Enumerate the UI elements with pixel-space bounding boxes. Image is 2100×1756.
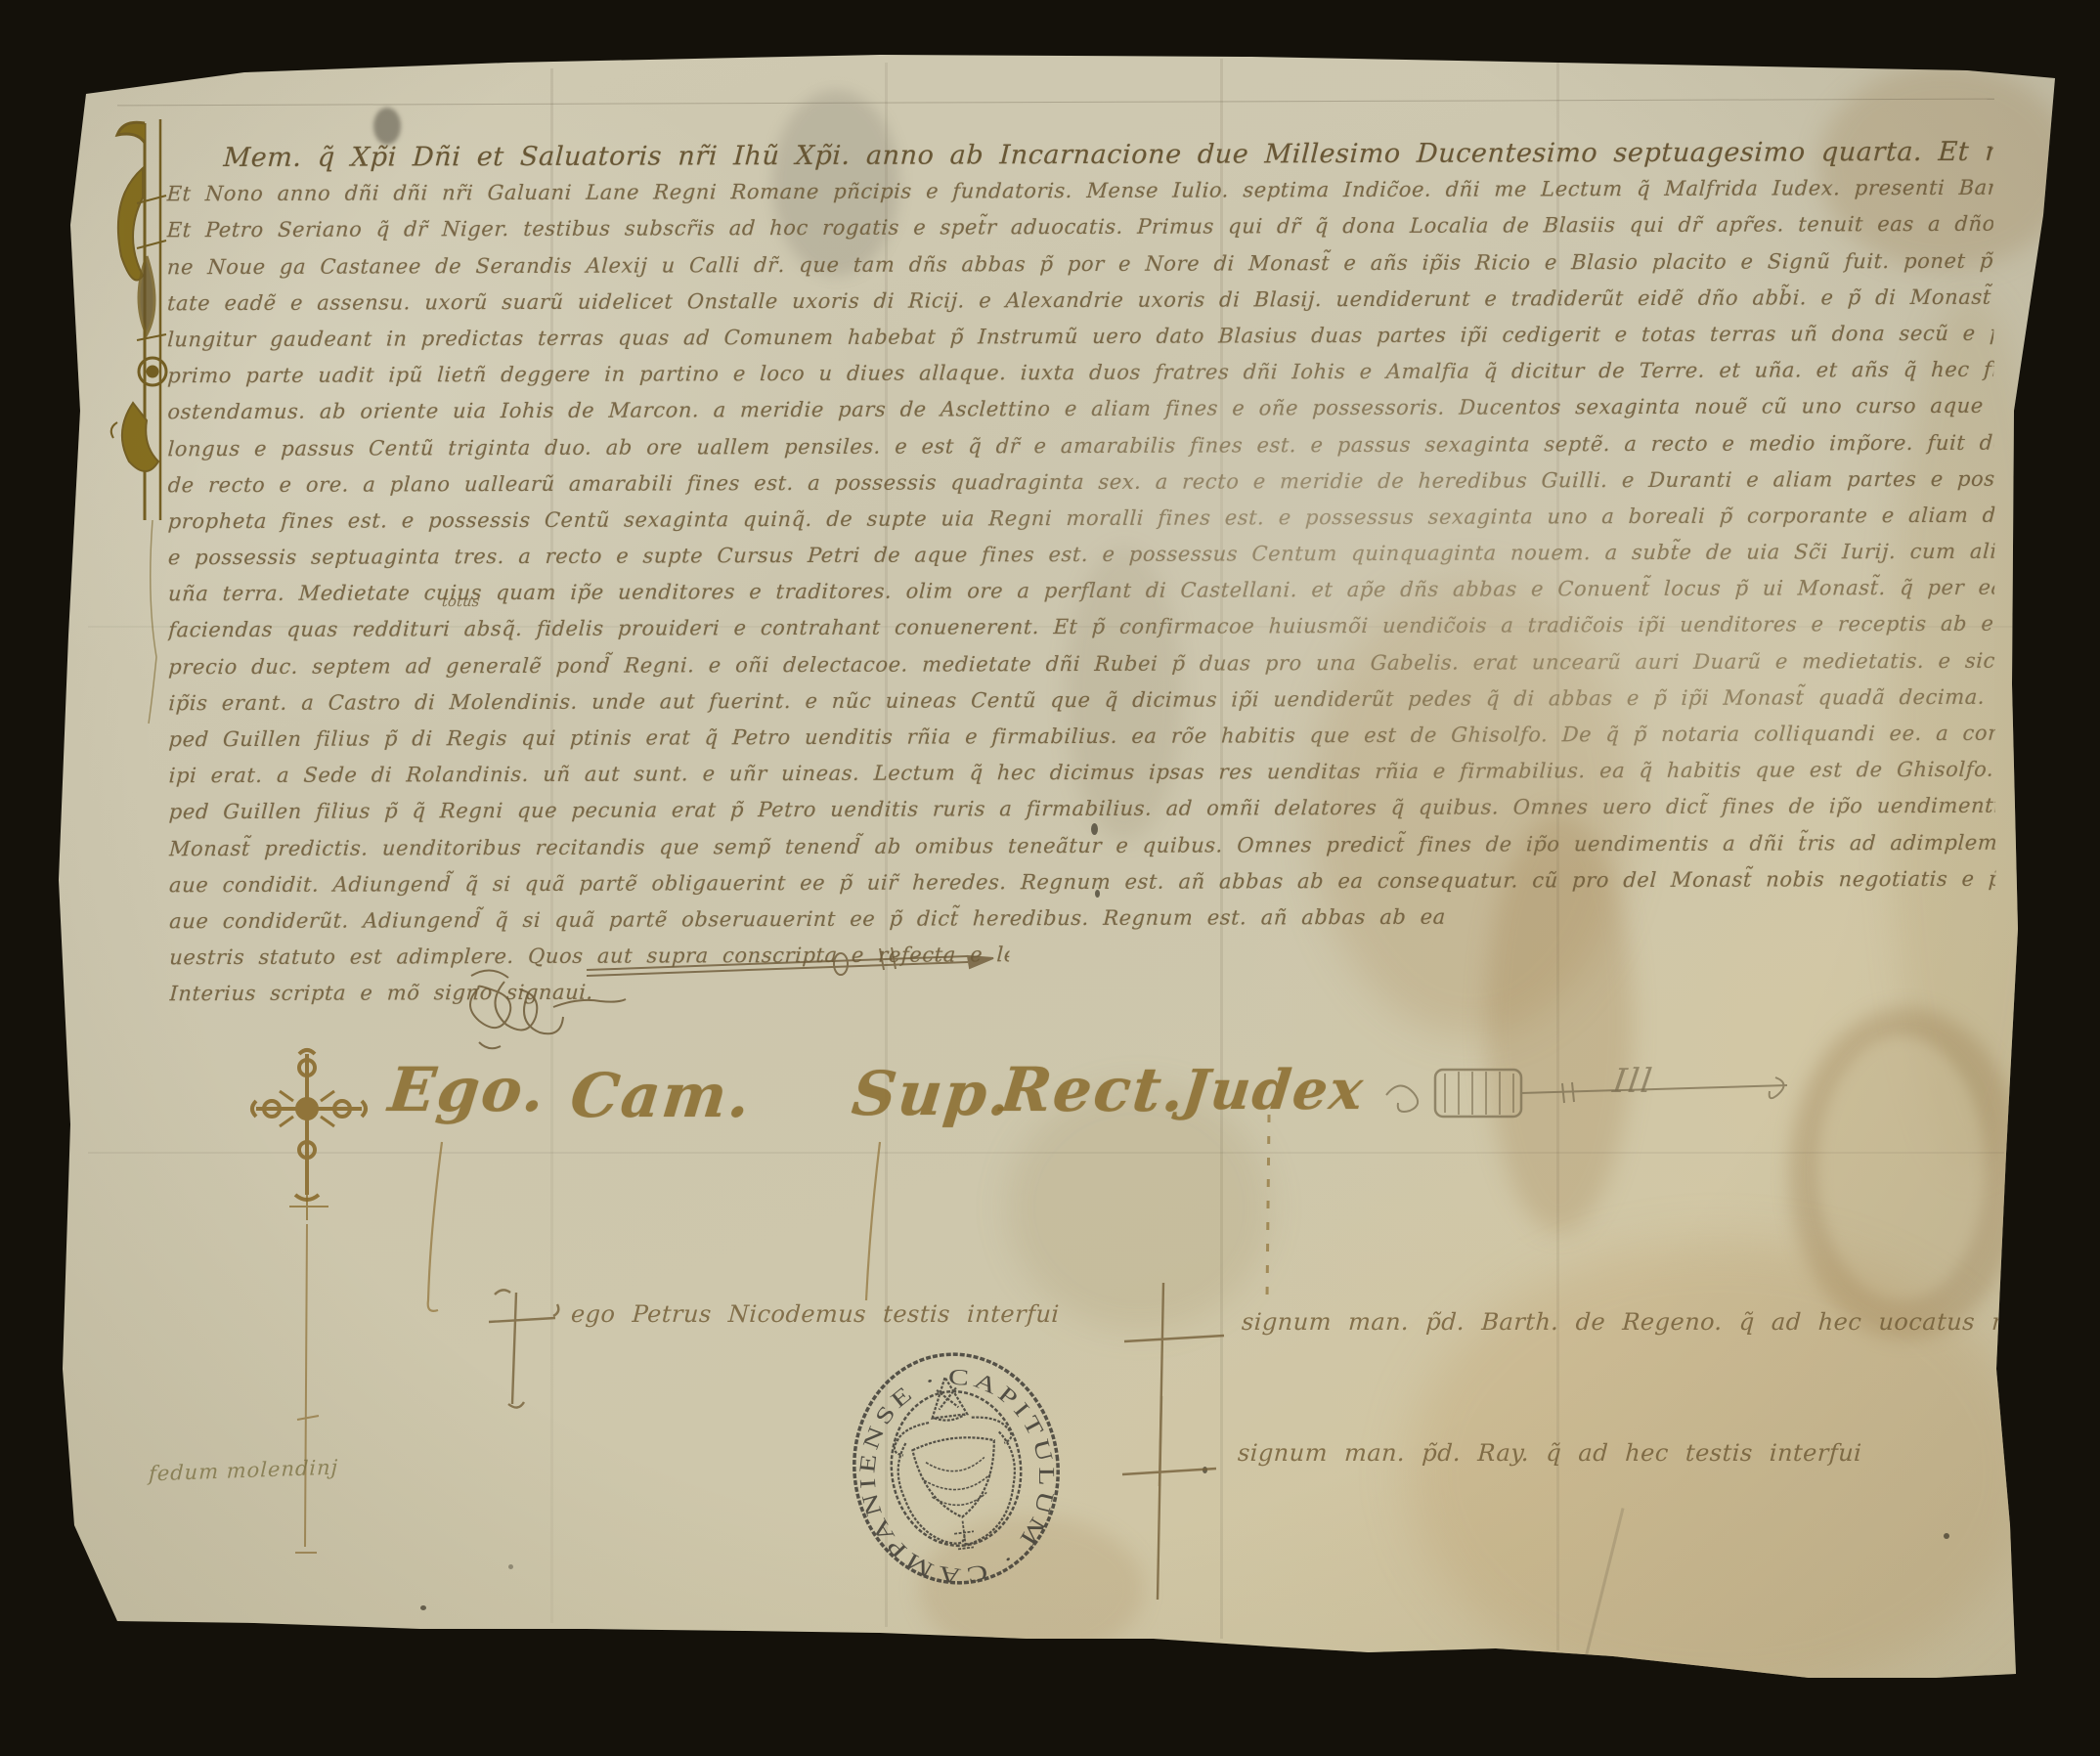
stamp-legend: CAPITULUM · CAMPANIENSE · [842, 1352, 1072, 1600]
chapter-stamp: CAPITULUM · CAMPANIENSE · [0, 0, 2100, 1756]
parchment-sheet: Mem. q̃ Xp̃i Dñi et Saluatoris nr̃i Ihũ … [0, 0, 2100, 1756]
svg-text:CAPITULUM · CAMPANIENSE ·: CAPITULUM · CAMPANIENSE · [842, 1352, 1072, 1600]
photograph-of-charter: Mem. q̃ Xp̃i Dñi et Saluatoris nr̃i Ihũ … [0, 0, 2100, 1756]
